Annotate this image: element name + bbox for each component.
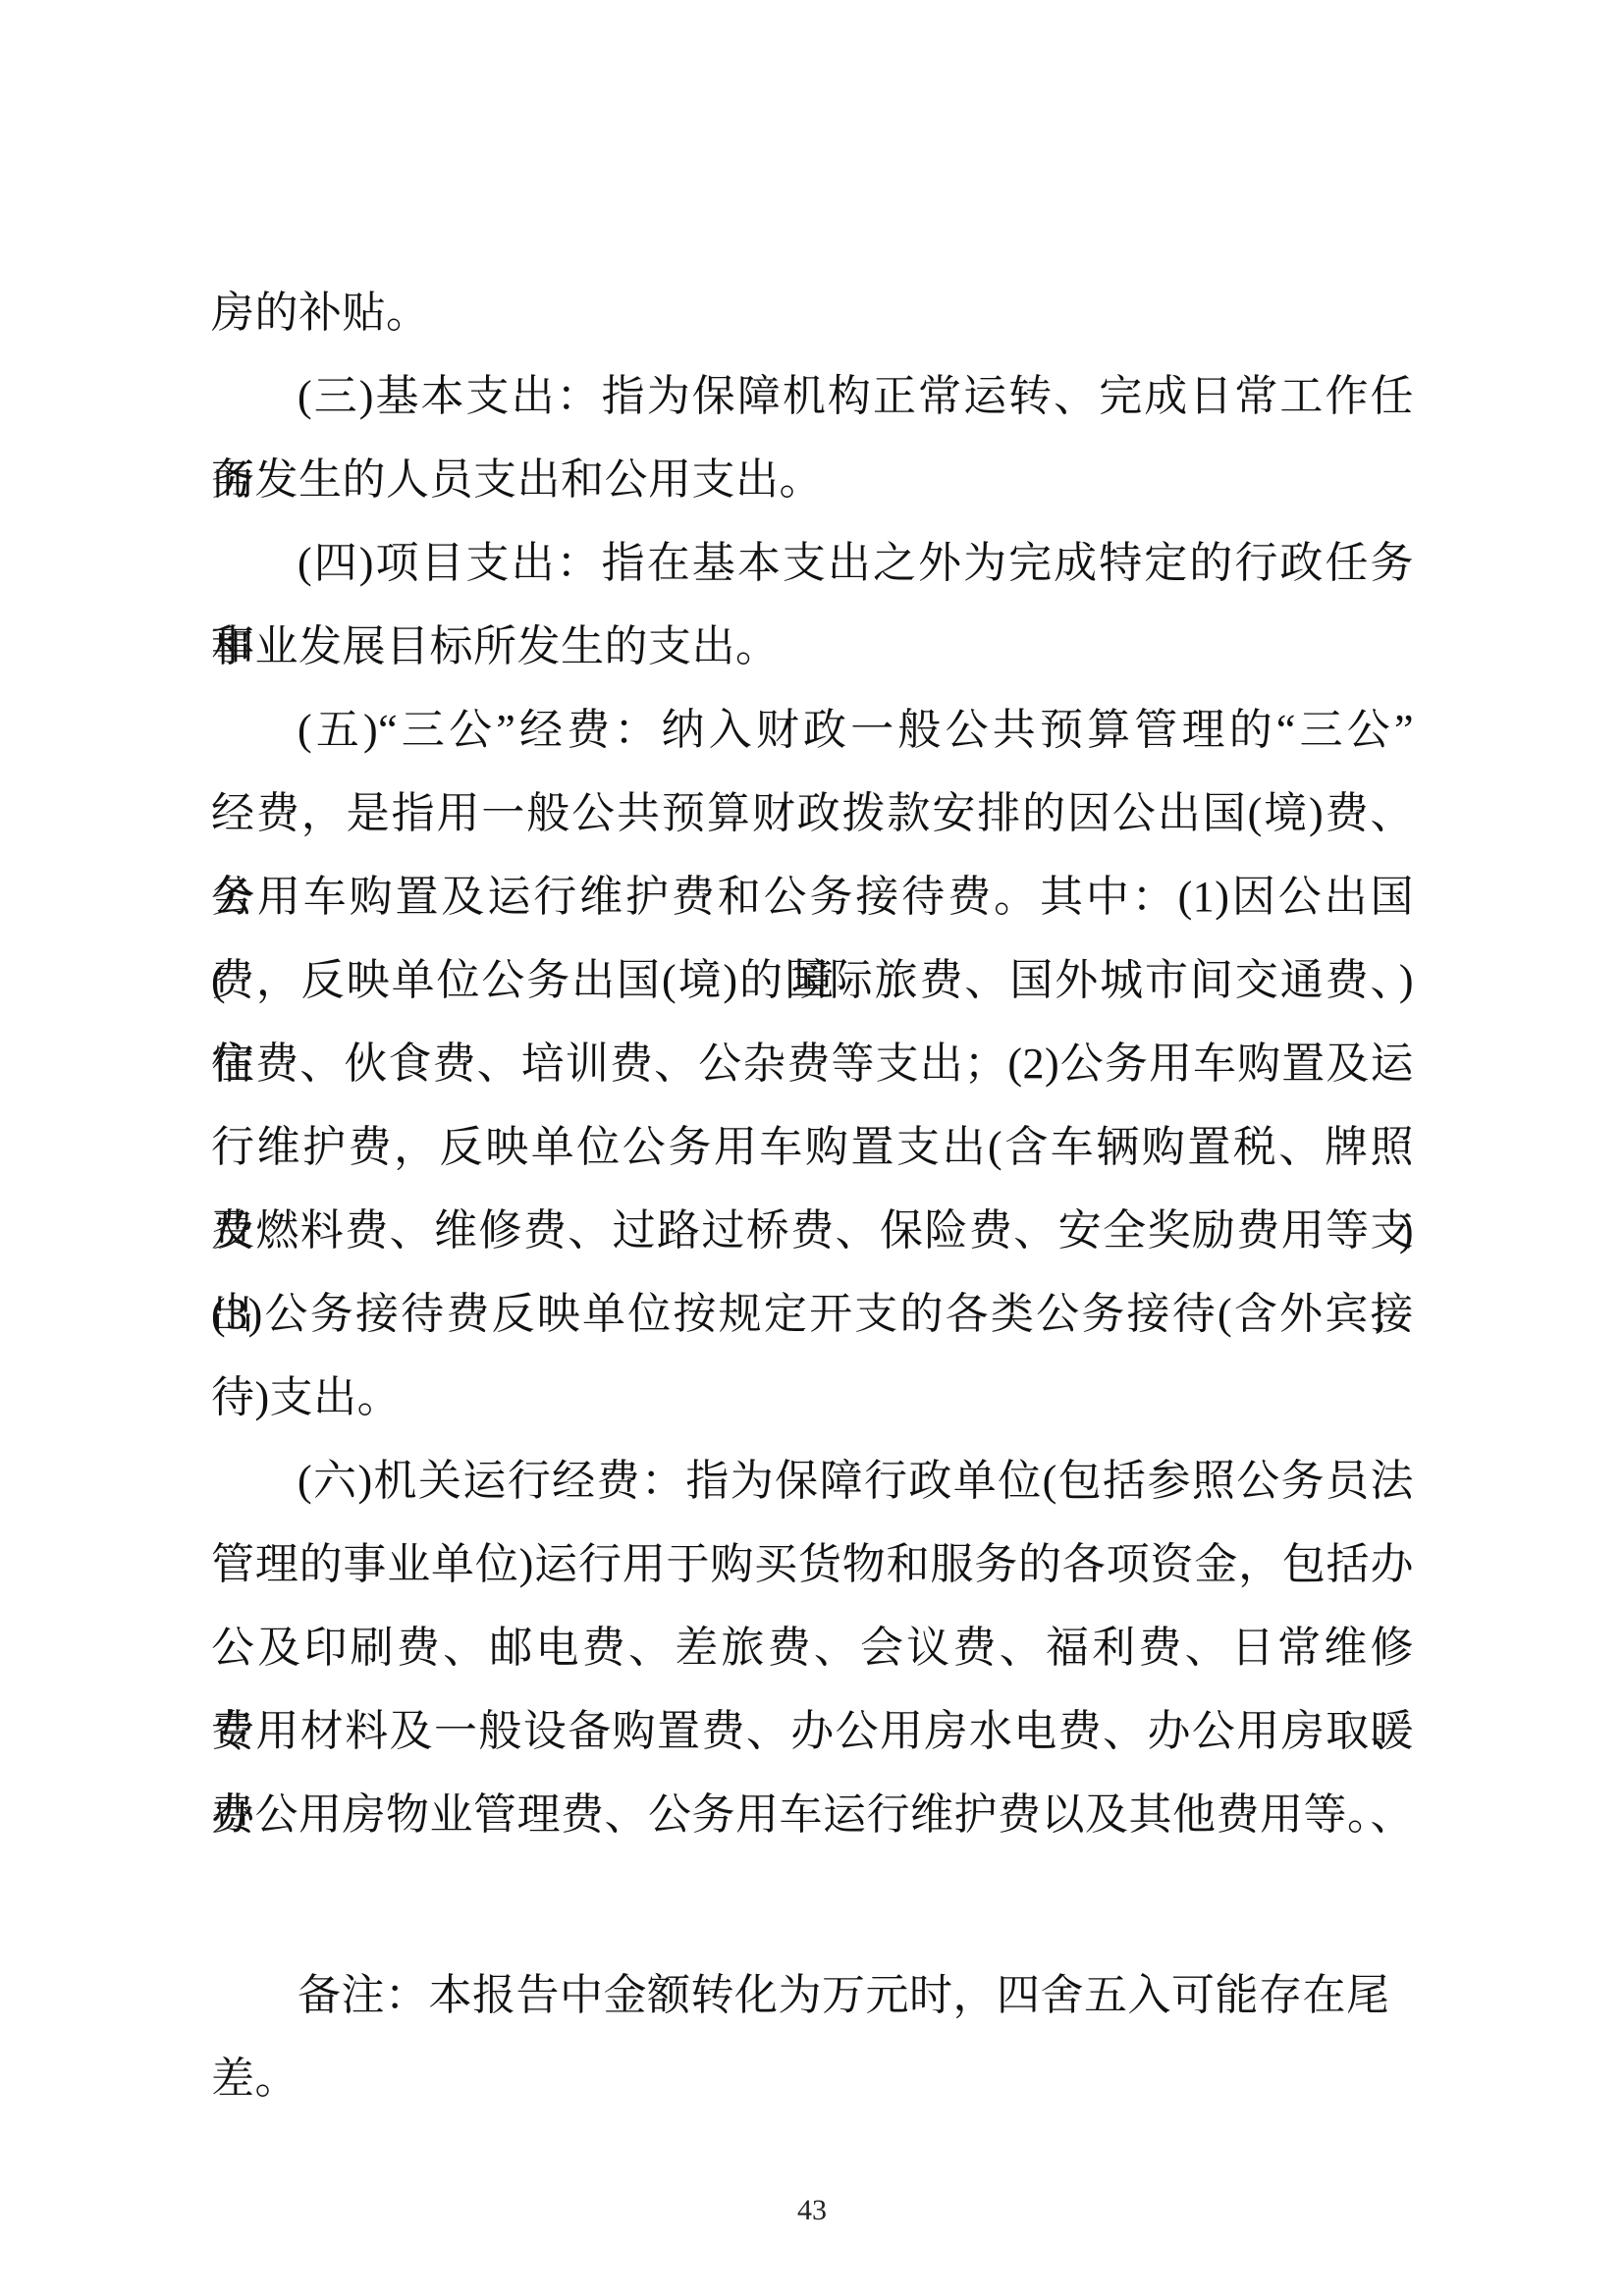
text-line: 公及印刷费、邮电费、差旅费、会议费、福利费、日常维修费、 [211, 1606, 1414, 1689]
text-line: 经费，是指用一般公共预算财政拨款安排的因公出国(境)费、公 [211, 772, 1414, 855]
text-line: 专用材料及一般设备购置费、办公用房水电费、办公用房取暖费、 [211, 1689, 1414, 1773]
document-page: 房的补贴。 (三)基本支出：指为保障机构正常运转、完成日常工作任务 而发生的人员… [0, 0, 1624, 2296]
text-line: 行维护费，反映单位公务用车购置支出(含车辆购置税、牌照费) [211, 1105, 1414, 1189]
text-line: (三)基本支出：指为保障机构正常运转、完成日常工作任务 [211, 354, 1414, 438]
text-line: 待)支出。 [211, 1356, 1414, 1439]
text-line: (六)机关运行经费：指为保障行政单位(包括参照公务员法 [211, 1439, 1414, 1522]
text-line: 务用车购置及运行维护费和公务接待费。其中：(1)因公出国(境) [211, 855, 1414, 938]
page-number: 43 [0, 2193, 1624, 2228]
text-line: 事业发展目标所发生的支出。 [211, 605, 1414, 688]
text-line: (3)公务接待费反映单位按规定开支的各类公务接待(含外宾接 [211, 1272, 1414, 1356]
text-line: (五)“三公”经费：纳入财政一般公共预算管理的“三公” [211, 688, 1414, 772]
text-line: 而发生的人员支出和公用支出。 [211, 438, 1414, 521]
note-line: 备注：本报告中金额转化为万元时，四舍五入可能存在尾差。 [211, 1953, 1414, 2037]
text-line: (四)项目支出：指在基本支出之外为完成特定的行政任务和 [211, 521, 1414, 605]
text-line: 宿费、伙食费、培训费、公杂费等支出；(2)公务用车购置及运 [211, 1022, 1414, 1105]
text-line: 费，反映单位公务出国(境)的国际旅费、国外城市间交通费、住 [211, 938, 1414, 1022]
document-body: 房的补贴。 (三)基本支出：指为保障机构正常运转、完成日常工作任务 而发生的人员… [211, 271, 1414, 1856]
text-line: 管理的事业单位)运行用于购买货物和服务的各项资金，包括办 [211, 1522, 1414, 1606]
text-line: 办公用房物业管理费、公务用车运行维护费以及其他费用等。 [211, 1773, 1414, 1856]
text-line: 及燃料费、维修费、过路过桥费、保险费、安全奖励费用等支出； [211, 1189, 1414, 1272]
text-line: 房的补贴。 [211, 271, 1414, 354]
